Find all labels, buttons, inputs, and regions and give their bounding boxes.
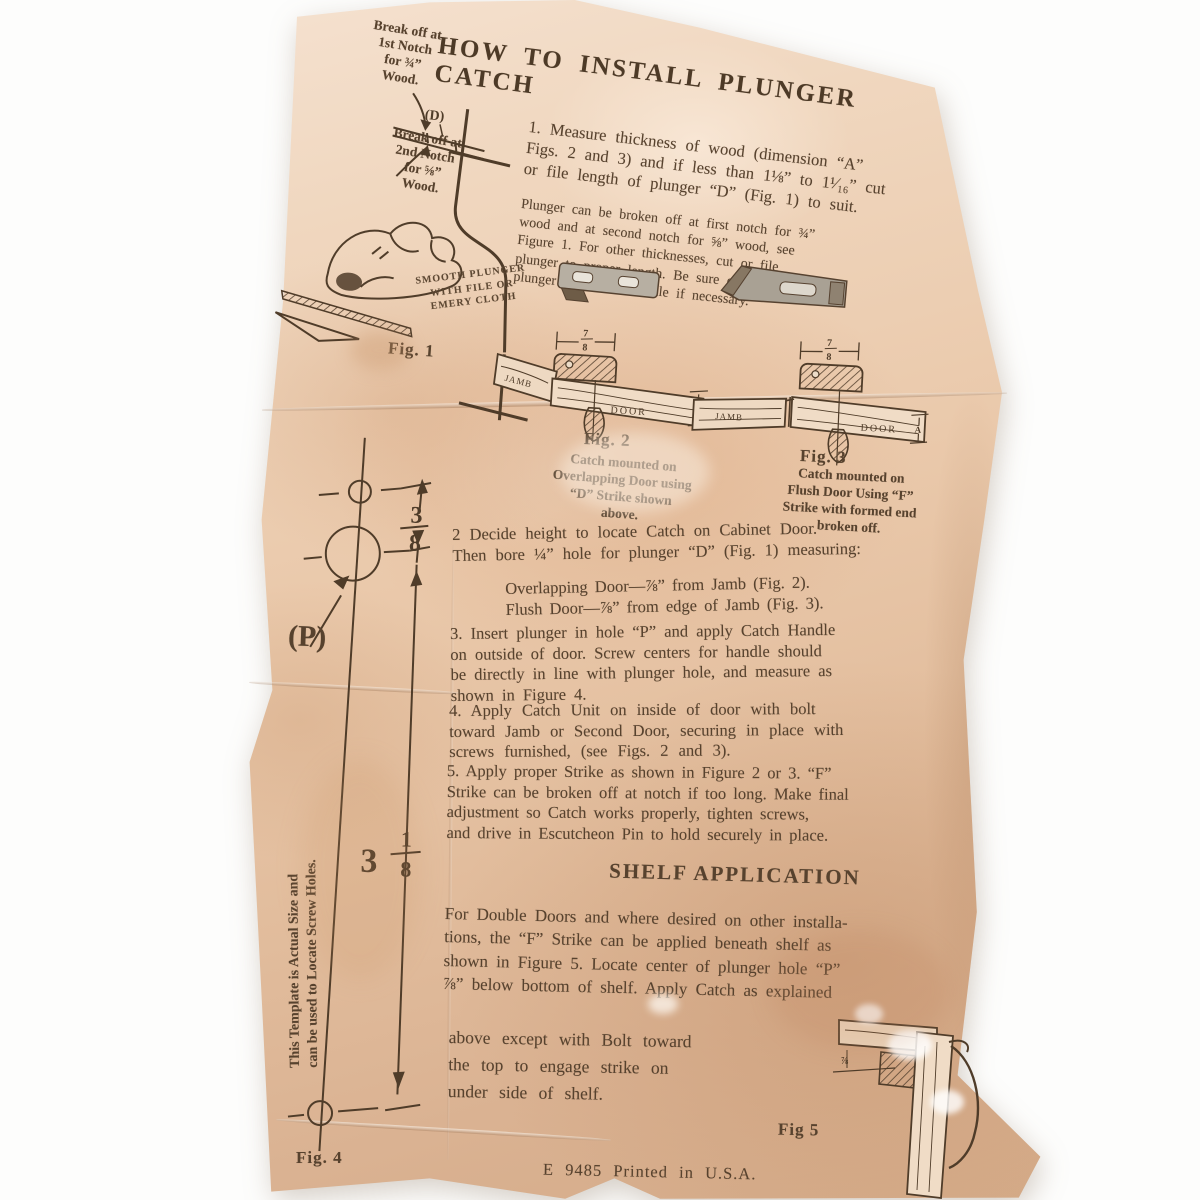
fig4-template-drawing: 3 8 3 1 8 [249, 428, 467, 1171]
fig3-a-label: A [914, 424, 922, 434]
fig3-catch-body [800, 363, 863, 391]
template-note: This Template is Actual Size and can be … [284, 768, 323, 1068]
step-2: 2 Decide height to locate Catch on Cabin… [452, 515, 963, 567]
fig5-shelf-drawing: ⅞ [825, 1002, 990, 1198]
fig5-catch-handle [949, 1046, 978, 1168]
fig2-dim-denominator: 8 [582, 342, 588, 353]
fig1-label: Fig. 1 [387, 338, 435, 361]
fig3-door-board [790, 397, 926, 442]
dim-3-1-8-denominator: 8 [400, 856, 411, 881]
fig5-label: Fig 5 [778, 1120, 820, 1141]
fig3-dim-denominator: 8 [826, 352, 832, 363]
dim-3-1-8-numerator: 1 [401, 826, 412, 851]
photo-background: HOW TO INSTALL PLUNGER CATCH Break off a… [0, 0, 1200, 1200]
fig3-door-label: DOOR [860, 423, 897, 436]
shelf-body-continued: above except with Bolt toward the top to… [448, 1024, 769, 1111]
dim-3-8-denominator: 8 [409, 531, 421, 557]
step-4: 4. Apply Catch Unit on inside of door wi… [449, 698, 964, 763]
fig5-dim-label: ⅞ [841, 1056, 849, 1067]
fig2-door-board [550, 378, 704, 426]
fig2-catch-body [553, 354, 616, 383]
fig3-dim-numerator: 7 [827, 338, 833, 349]
d-label: (D) [424, 108, 445, 125]
shelf-body: For Double Doors and where desired on ot… [443, 902, 975, 1008]
fig3-jamb-label: JAMB [715, 411, 744, 422]
step-5: 5. Apply proper Strike as shown in Figur… [446, 761, 967, 847]
fig2-label: Fig. 2 [584, 429, 631, 451]
dim-3-1-8-whole: 3 [360, 843, 378, 880]
p-hole-label: (P) [287, 619, 326, 654]
fig2-dim-numerator: 7 [583, 328, 589, 339]
dim-3-8-numerator: 3 [410, 503, 422, 529]
fig5-strike [879, 1052, 917, 1088]
plunger-rod [388, 92, 489, 185]
fig4-label: Fig. 4 [296, 1148, 343, 1168]
fig2-door-label: DOOR [610, 405, 647, 418]
step-3: 3. Insert plunger in hole “P” and apply … [450, 619, 966, 707]
